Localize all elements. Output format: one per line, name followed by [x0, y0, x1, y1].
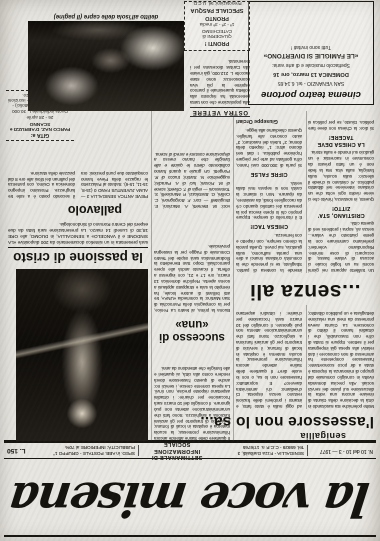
- gita-line-2: PARCO NAZ. D'ABRUZZI e SCANNO: [7, 121, 73, 131]
- headline-successo-line-1: successo di: [154, 330, 230, 343]
- gita-line-3: 26 - 28 aprile: [7, 115, 73, 120]
- ostra-vetere-header: OSTRA VETERE: [190, 107, 250, 117]
- article-successo-body: Buona la prima, al teatro La Fenice, per…: [154, 213, 230, 313]
- pronti-line-5: SPECIALE PASQUA: [187, 8, 247, 14]
- crime-photo-caption: delitto all'isola delle capre (II pagine…: [28, 13, 184, 19]
- senza-ali-paragraph-1: Questo, in sostanza, l'invito che ci vie…: [308, 150, 374, 202]
- cinema-date-line: DOMENICA 13 marzo, ore 16: [253, 71, 369, 77]
- gita-line-1: GITA a:: [7, 132, 73, 138]
- shroud-of-turin-photo: [16, 269, 148, 441]
- cinema-box-title: cinema teatro portone: [253, 89, 369, 100]
- pronti-line-6: Prenotazioni: tel. U.C.D. 63.535: [187, 0, 247, 6]
- cinema-show-line: Spettacolo musicale e di arte varia:: [253, 63, 369, 69]
- subhead-la-chiesa-deve-tacere: LA CHIESA DEVE TACERE!: [308, 133, 374, 147]
- crime-scene-photo: [28, 21, 184, 111]
- headline-passione-di-cristo: la passione di cristo: [8, 247, 148, 265]
- publisher-address: SENIGALLIA - P.zza Garibaldi, 3 Tel. 659…: [215, 445, 308, 456]
- kicker-senigallia: senigallia: [300, 431, 346, 441]
- price: L. 150: [4, 447, 40, 454]
- masthead-title: la voce misena: [0, 461, 380, 533]
- pronti-catechismo-ad-box: PRONTI ! QUADERNI di CATECHISMO 1ª - 2ª …: [184, 1, 250, 51]
- article-passione-body: sarà presentata in un sintetico document…: [8, 219, 148, 245]
- article-assessore-body: Molte polemiche sta suscitando in città …: [236, 305, 374, 409]
- ostra-vetere-body: Alla popolazione che con tanta generosit…: [190, 49, 250, 105]
- pronti-line-1: PRONTI !: [187, 41, 247, 47]
- article-assessore-continuation: Il quartiere delle Saline attende ancora…: [154, 347, 230, 441]
- postal-line-1: SPED. in ABB. POSTALE - GRUPPO 1°: [43, 451, 135, 456]
- article-signature: Giuseppe Orciari: [236, 117, 302, 124]
- cinema-venue-line: SAN VENANZIO - tel. 6.14.65: [253, 80, 369, 86]
- postal-info: SPED. in ABB. POSTALE - GRUPPO 1° PUBBLI…: [40, 445, 139, 456]
- senza-ali-paragraph-3: È il ritornello di sempre. Eppure propri…: [236, 181, 302, 221]
- headline-successo-di-una: successo di «una»: [154, 317, 230, 343]
- column-rule: [233, 111, 234, 441]
- subhead-chiesa-taci: CHIESA TACI!: [236, 222, 302, 229]
- article-senza-ali-body: Un trafiletto apparso nei giorni scorsi …: [236, 111, 374, 273]
- column-rule: [306, 111, 307, 273]
- issue-number: N. 10 del 10 - 3 — 1977: [308, 448, 376, 454]
- address-line-2: Tel. 65929 - C.C.P. n. 17/6765: [218, 445, 304, 450]
- senza-ali-intro: Un trafiletto apparso nei giorni scorsi …: [308, 222, 374, 274]
- dateline-bar: N. 10 del 10 - 3 — 1977 SENIGALLIA - P.z…: [4, 440, 376, 459]
- pronti-line-2: QUADERNI di CATECHISMO: [187, 29, 247, 39]
- senza-ali-paragraph-4: Si parla di 300.000 casi l'anno, cifra g…: [236, 128, 302, 168]
- headline-pallavolo: pallavolo: [68, 203, 122, 217]
- pronti-line-3: 1ª - 2ª - 3ª media: [187, 23, 247, 28]
- address-line-1: SENIGALLIA - P.zza Garibaldi, 3: [218, 451, 304, 456]
- cinema-invite-line: Tutti sono invitati !: [253, 44, 369, 50]
- section-ostra-vetere: OSTRA VETERE Alla popolazione che con ta…: [190, 49, 250, 117]
- cinema-show-title: «LE FAMIGLIE SI DIVERTONO»: [253, 53, 369, 60]
- cast-credits-block: voci: M. Bernetti, A. Marzioni, E. Brugi…: [154, 121, 230, 209]
- newspaper-page-rotated: la voce misena N. 10 del 10 - 3 — 1977 S…: [0, 0, 380, 541]
- newspaper-scan: la voce misena N. 10 del 10 - 3 — 1977 S…: [0, 0, 380, 541]
- headline-assessore: l'assessore non lo sa...: [234, 412, 374, 430]
- pronti-line-4: PRONTO: [187, 15, 247, 21]
- paper-subtitle: SETTIMANALE DI INFORMAZIONE SOCIALE: [139, 441, 215, 460]
- cinema-teatro-portone-box: cinema teatro portone SAN VENANZIO - tel…: [248, 1, 374, 105]
- top-rule: [4, 535, 376, 537]
- column-rule: [151, 111, 152, 441]
- headline-successo-line-2: «una»: [154, 317, 230, 330]
- headline-senza-ali: ...senza ali: [236, 279, 374, 303]
- subhead-cifre-false: CIFRE FALSE: [236, 170, 302, 177]
- subhead-cristiano-sta-zitto: CRISTIANO, STA' ZITTO!: [308, 204, 374, 218]
- column-rule: [306, 305, 307, 409]
- article-pallavolo-body: PIEVE ANTICA SENIGALLIA 3 — ALMA JUVENTU…: [8, 143, 148, 199]
